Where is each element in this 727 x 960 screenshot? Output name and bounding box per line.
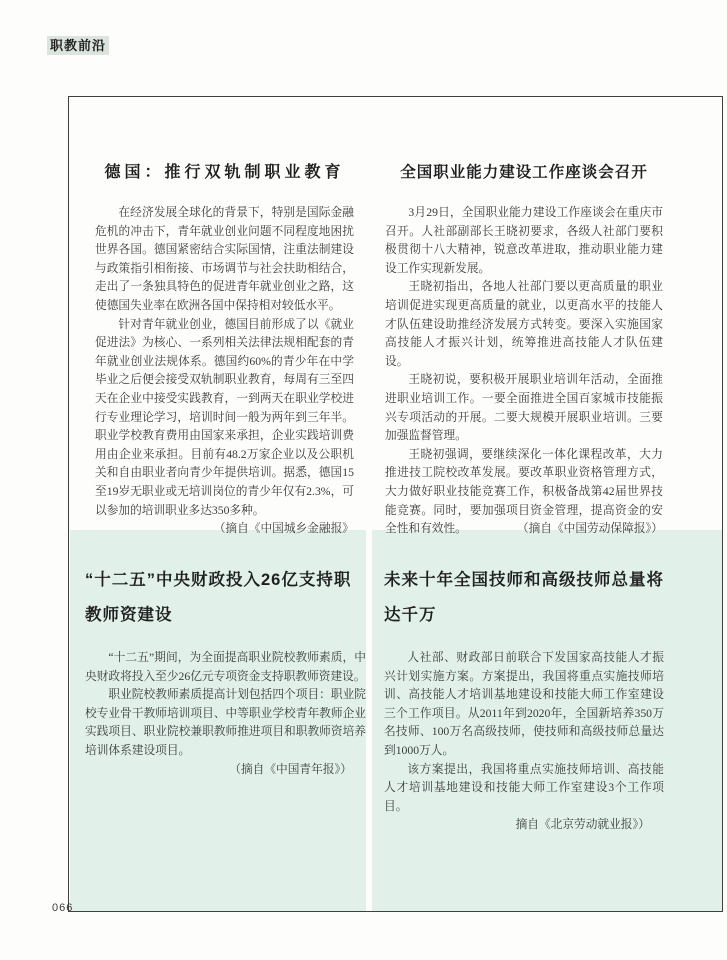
article-paragraph: 王晓初说，要积极开展职业培训年活动，全面推进职业培训工作。一要全面推进全国百家城…: [385, 371, 663, 445]
article-technicians-ten-million: 未来十年全国技师和高级技师总量将达千万 人社部、财政部日前联合下发国家高技能人才…: [384, 563, 664, 835]
paragraph-text: 针对青年就业创业，德国目前形成了以《就业促进法》为核心、一系列相关法律法规相配套…: [95, 318, 354, 517]
paragraph-text: 人社部、财政部日前联合下发国家高技能人才振兴计划实施方案。方案提出，我国将重点实…: [384, 651, 664, 757]
article-title: 德国：推行双轨制职业教育: [95, 161, 354, 185]
attribution: 摘自《北京劳动就业报》）: [384, 816, 664, 835]
paragraph-text: 王晓初说，要积极开展职业培训年活动，全面推进职业培训工作。一要全面推进全国百家城…: [385, 373, 663, 442]
article-paragraph: 针对青年就业创业，德国目前形成了以《就业促进法》为核心、一系列相关法律法规相配套…: [95, 316, 354, 521]
article-paragraph: 该方案提出，我国将重点实施技师培训、高技能人才培训基地建设和技能大师工作室建设3…: [384, 761, 664, 817]
paragraph-text: 该方案提出，我国将重点实施技师培训、高技能人才培训基地建设和技能大师工作室建设3…: [384, 763, 664, 813]
article-title: 未来十年全国技师和高级技师总量将达千万: [384, 563, 664, 633]
article-paragraph: “十二五”期间，为全面提高职业院校教师素质，中央财政将投入至少26亿元专项资金支…: [85, 649, 366, 686]
paragraph-text: 职业院校教师素质提高计划包括四个项目：职业院校专业骨干教师培训项目、中等职业学校…: [85, 688, 366, 757]
article-title: “十二五”中央财政投入26亿支持职教师资建设: [85, 563, 366, 633]
magazine-page: 职教前沿 德国：推行双轨制职业教育 在经济发展全球化的背景下，特别是国际金融危机…: [0, 0, 727, 960]
article-paragraph: 职业院校教师素质提高计划包括四个项目：职业院校专业骨干教师培训项目、中等职业学校…: [85, 686, 366, 760]
paragraph-text: 王晓初指出，各地人社部门要以更高质量的职业培训促进实现更高质量的就业，以更高水平…: [385, 280, 663, 367]
article-national-symposium: 全国职业能力建设工作座谈会召开 3月29日，全国职业能力建设工作座谈会在重庆市召…: [385, 161, 663, 539]
article-paragraph: 王晓初指出，各地人社部门要以更高质量的职业培训促进实现更高质量的就业，以更高水平…: [385, 278, 663, 371]
section-title: 职教前沿: [47, 36, 109, 55]
article-central-funding: “十二五”中央财政投入26亿支持职教师资建设 “十二五”期间，为全面提高职业院校…: [85, 563, 366, 779]
article-paragraph: 3月29日，全国职业能力建设工作座谈会在重庆市召开。人社部副部长王晓初要求，各级…: [385, 204, 663, 278]
article-paragraph: 王晓初强调，要继续深化一体化课程改革，大力推进技工院校改革发展。要改革职业资格管…: [385, 446, 663, 539]
page-number: 066: [52, 902, 73, 914]
article-paragraph: 人社部、财政部日前联合下发国家高技能人才振兴计划实施方案。方案提出，我国将重点实…: [384, 649, 664, 761]
article-title: 全国职业能力建设工作座谈会召开: [385, 161, 663, 185]
paragraph-text: 在经济发展全球化的背景下，特别是国际金融危机的冲击下，青年就业创业问题不同程度地…: [95, 206, 354, 312]
section-header: 职教前沿: [47, 35, 109, 54]
attribution: （摘自《中国劳动保障报》）: [517, 520, 663, 539]
paragraph-text: “十二五”期间，为全面提高职业院校教师素质，中央财政将投入至少26亿元专项资金支…: [85, 651, 366, 683]
paragraph-text: 3月29日，全国职业能力建设工作座谈会在重庆市召开。人社部副部长王晓初要求，各级…: [385, 206, 663, 275]
attribution: （摘自《中国青年报》）: [85, 761, 366, 780]
attribution: （摘自《中国城乡金融报》: [214, 520, 354, 539]
article-germany-dual-track: 德国：推行双轨制职业教育 在经济发展全球化的背景下，特别是国际金融危机的冲击下，…: [95, 161, 354, 539]
article-paragraph: 在经济发展全球化的背景下，特别是国际金融危机的冲击下，青年就业创业问题不同程度地…: [95, 204, 354, 316]
